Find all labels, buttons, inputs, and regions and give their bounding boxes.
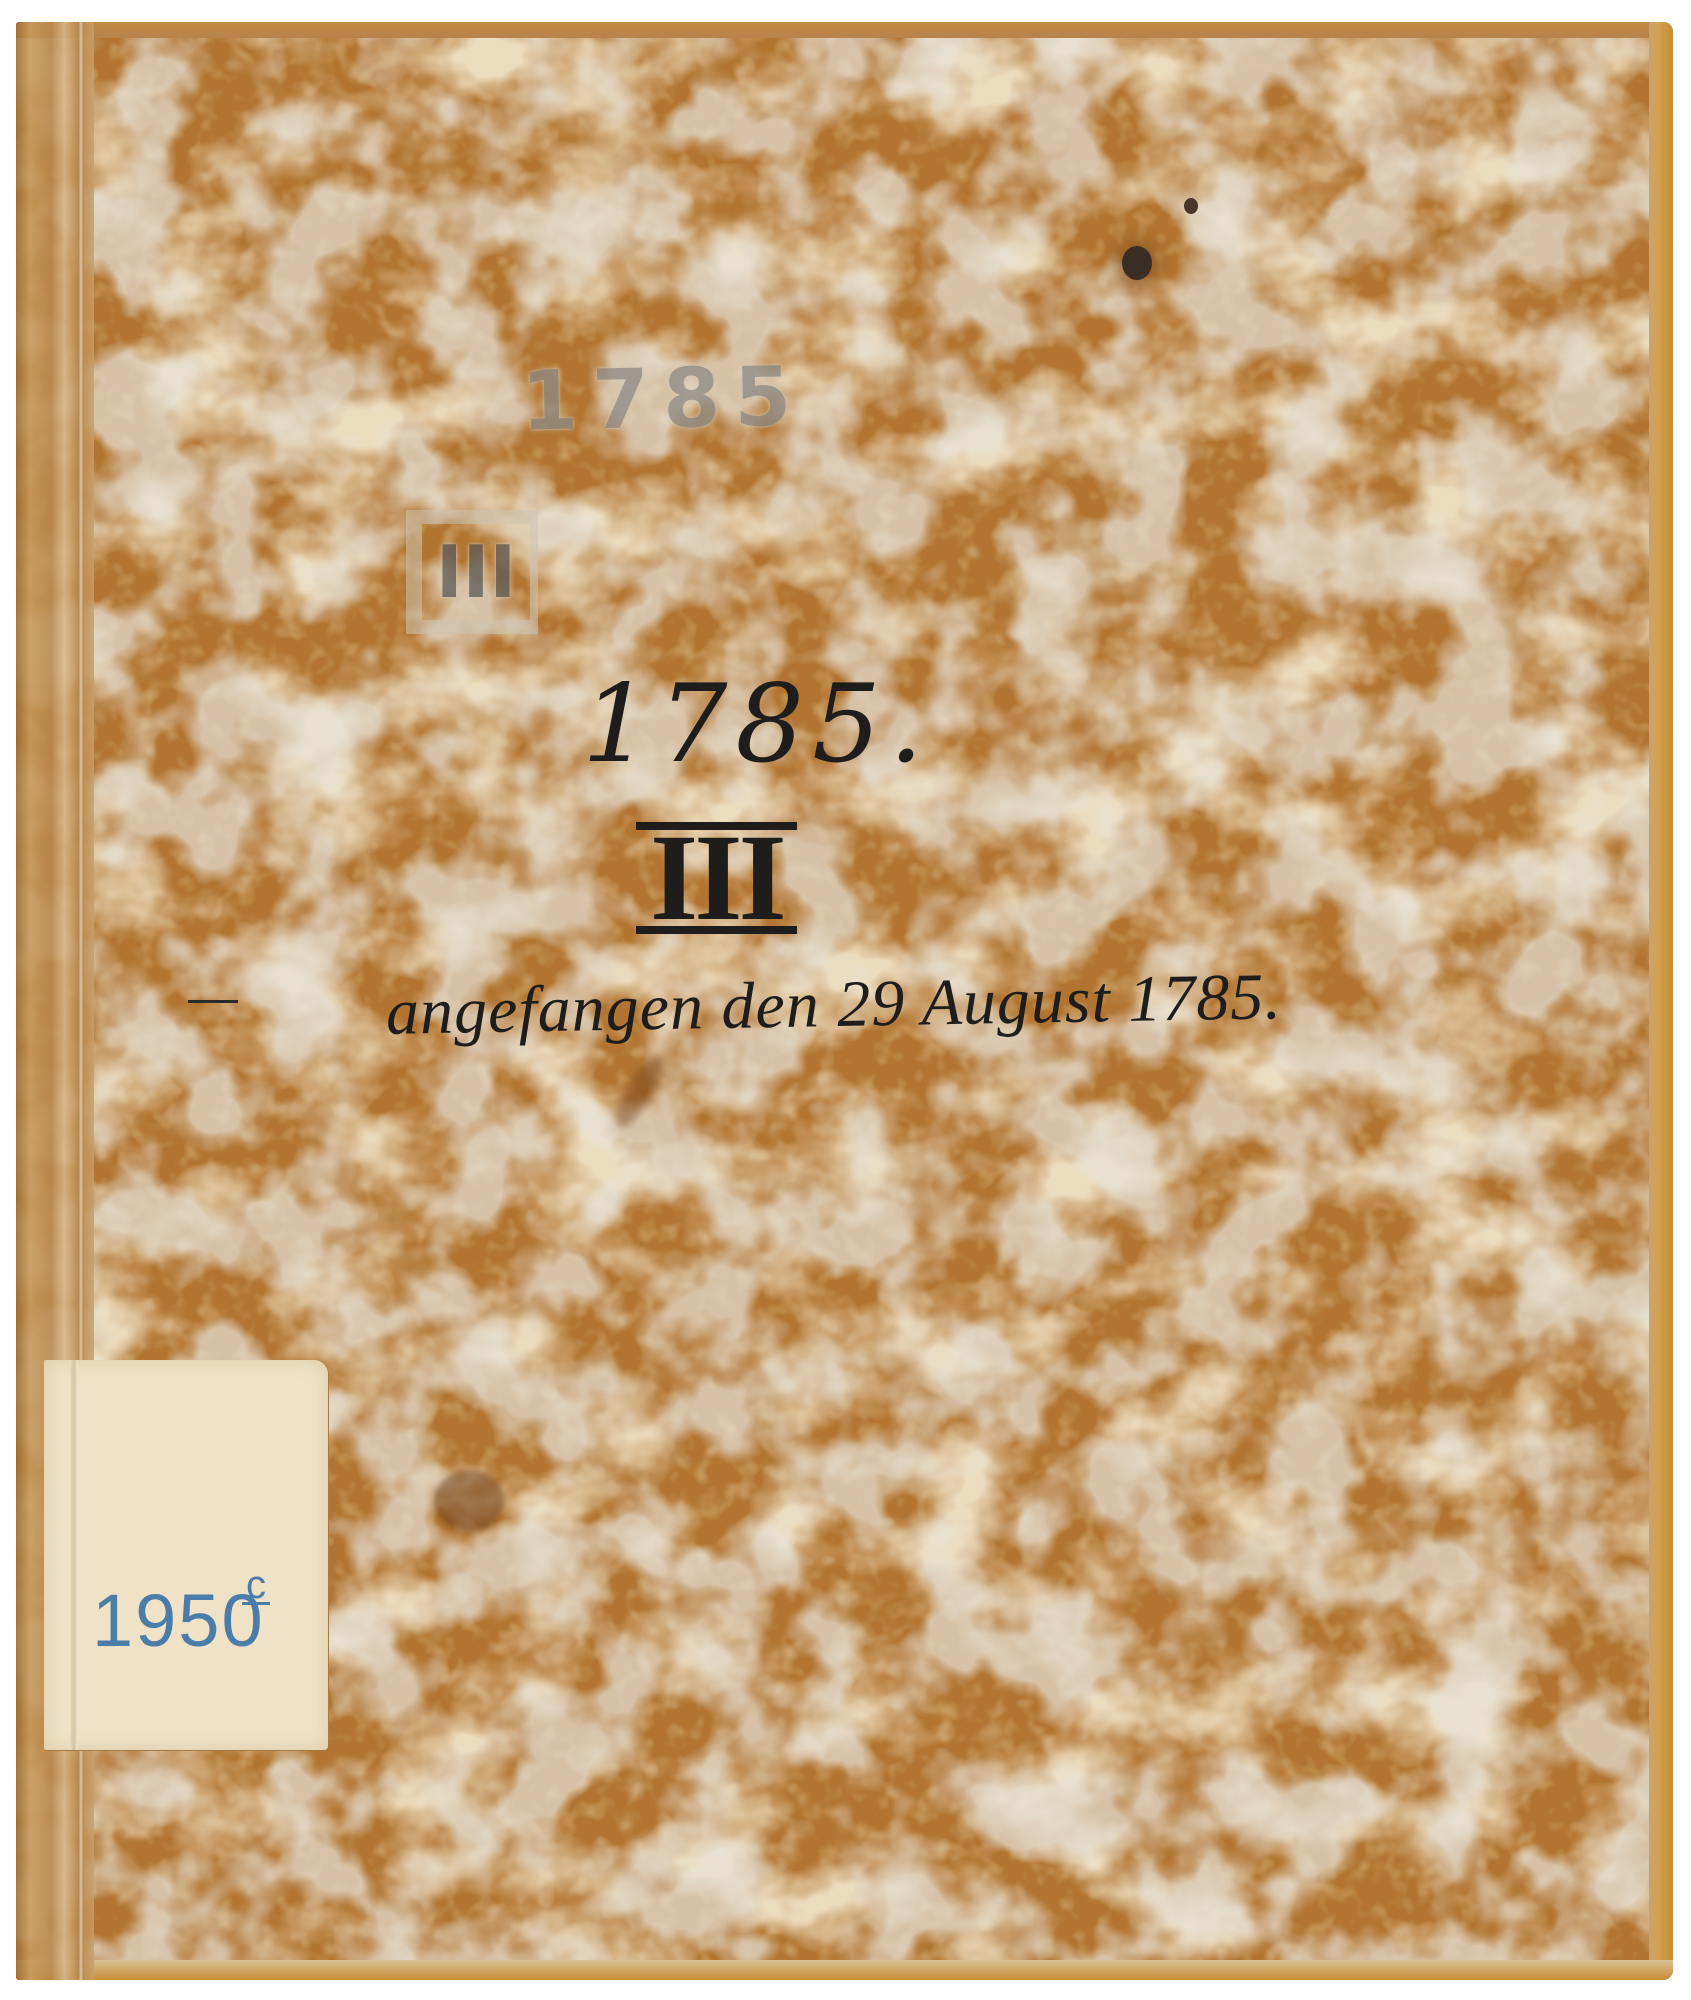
label-fold bbox=[70, 1360, 78, 1750]
ink-spot bbox=[1122, 246, 1152, 280]
faded-stamp-year: 1785 bbox=[520, 350, 806, 450]
right-edge bbox=[1649, 22, 1673, 1980]
handwritten-year: 1785. bbox=[582, 662, 931, 787]
shelfmark-label: 1950 c bbox=[44, 1360, 328, 1750]
top-edge bbox=[16, 22, 1673, 38]
margin-dash-mark bbox=[188, 1000, 238, 1003]
faded-stamp-numeral: III bbox=[406, 510, 538, 634]
start-date-inscription: angefangen den 29 August 1785. bbox=[385, 959, 1282, 1051]
bottom-edge bbox=[16, 1960, 1673, 1980]
stain bbox=[434, 1470, 504, 1532]
shelfmark-number: 1950 bbox=[92, 1578, 265, 1663]
ink-spot bbox=[1184, 198, 1198, 214]
volume-numeral: III bbox=[636, 822, 797, 934]
shelfmark-suffix: c bbox=[242, 1568, 270, 1605]
book-cover: 1785 III 1785. III angefangen den 29 Aug… bbox=[16, 22, 1673, 1980]
